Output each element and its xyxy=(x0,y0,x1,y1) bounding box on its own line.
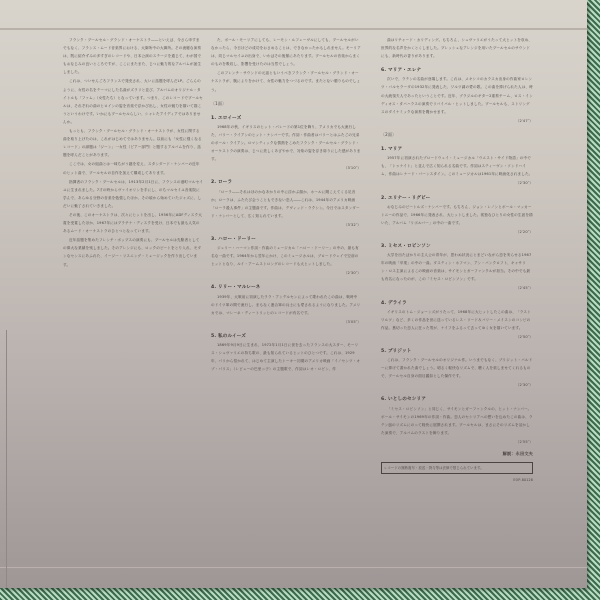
track-duration: （2′45″） xyxy=(381,284,533,292)
track-duration: （2′20″） xyxy=(381,228,533,236)
track-entry: 1. マリア 1957年に初演されたブロードウェイ・ミュージカル「ウエスト・サイ… xyxy=(381,146,533,187)
track-title: 3. ミセス・ロビンソン xyxy=(381,243,533,251)
paragraph: 近年話題を集めたフレンチ・ポップスの演奏にも、プールセルは先駆者としての偉大な業… xyxy=(63,236,203,268)
copyright-notice-box: レコードの無断複写・放送・貸与等は法律で禁じられています。 xyxy=(381,462,533,474)
track-description: ジェリー・ハーマン作詞・作曲のミュージカル「ハロー・ドーリー」の中の、最も有名な… xyxy=(211,244,361,268)
paragraph: フランク・プールセル・グランド・オーケストラ――といえば、今さら申すまでもなく、… xyxy=(63,36,203,76)
column-1: フランク・プールセル・グランド・オーケストラ――といえば、今さら申すまでもなく、… xyxy=(63,36,203,270)
track-duration: （3′32″） xyxy=(211,221,361,229)
track-entry: 3. ミセス・ロビンソン 大学を出たばかりの主人公の青年が、思わぬ状況にとまどい… xyxy=(381,243,533,293)
side-label: 〔2面〕 xyxy=(381,131,533,139)
track-description: 1869年9月9日に生まれ、1972年1月1日に世を去ったフランスの大スター、モ… xyxy=(211,341,361,373)
paragraph: もっとも、フランク・プールセル・グランド・オーケストラが、女性に関する曲を取り上… xyxy=(63,127,203,159)
track-duration: （2′30″） xyxy=(381,381,533,389)
fold-line-bottom xyxy=(0,567,587,568)
track-title: 4. デライラ xyxy=(381,300,533,308)
track-entry: 6. マリア・エレナ 次いで、ラテンの名曲が登場します。これは、メキシコのカラス… xyxy=(381,67,533,125)
track-title: 6. マリア・エレナ xyxy=(381,67,533,75)
track-entry: 2. エリナー・リグビー おなじみのビートルズ・ナンバーです。もちろん、ジョン・… xyxy=(381,195,533,236)
track-title: 2. ローラ xyxy=(211,179,361,187)
track-title: 6. いとしのセシリア xyxy=(381,396,533,404)
paragraph: た、ポール・モーリアにしても、レーモン・ルフェーヴルにしても、プールセルがいなか… xyxy=(211,36,361,68)
track-title: 2. エリナー・リグビー xyxy=(381,195,533,203)
catalog-number: EOP-80128 xyxy=(381,476,533,484)
track-description: 「ミセス・ロビンソン」と同じく、サイモンとガーファンクルの、ヒット・ナンバー。ポ… xyxy=(381,405,533,437)
track-entry: 5. ブリジット これは、フランク・プールセルのオリジナル作。いうまでもなく、ブ… xyxy=(381,348,533,389)
track-description: 1968年の秋、イギリスのヒット・パレードの第1位を飾り、アメリカでも大流行した… xyxy=(211,123,361,163)
column-2: た、ポール・モーリアにしても、レーモン・ルフェーヴルにしても、プールセルがいなか… xyxy=(211,36,361,374)
liner-notes-sheet: フランク・プールセル・グランド・オーケストラ――といえば、今さら申すまでもなく、… xyxy=(0,0,587,588)
track-title: 1. エロイーズ xyxy=(211,115,361,123)
track-description: 1957年に初演されたブロードウェイ・ミュージカル「ウエスト・サイド物語」の中で… xyxy=(381,154,533,178)
fold-line-top xyxy=(0,28,587,30)
track-duration: （2′47″） xyxy=(381,117,533,125)
sheet-edge-line xyxy=(6,330,7,588)
track-duration: （3′10″） xyxy=(211,164,361,172)
track-entry: 4. リリー・マルレーネ 1939年、大戦前に初演したララ・アンデルセンによって… xyxy=(211,284,361,325)
side-label: 〔1面〕 xyxy=(211,100,361,108)
paragraph: このフレンチ・サウンドの元祖ともいうべきフランク・プールセル・グランド・オーケス… xyxy=(211,69,361,93)
track-title: 1. マリア xyxy=(381,146,533,154)
track-entry: 4. デライラ イギリスのトム・ジョーンズがうたって、1968年に大ヒットしたこ… xyxy=(381,300,533,341)
paragraph: これは、ついせんごろフランスで発売され、大いに話題を呼んだLP。ごらんのように、… xyxy=(63,77,203,126)
paragraph: その後、このオーケストラは、次々にヒットを出し、1956年にADFディスク大賞を… xyxy=(63,211,203,235)
paragraph: 曲はリチャード・カリディング。もちろん、シュヴァリエがうたって大ヒットを収め、世… xyxy=(381,36,533,60)
author-credit: 解説：永田文夫 xyxy=(381,450,533,458)
track-entry: 1. エロイーズ 1968年の秋、イギリスのヒット・パレードの第1位を飾り、アメ… xyxy=(211,115,361,173)
track-description: 1939年、大戦前に初演したララ・アンデルセンによって歌われたこの曲は、戦時中の… xyxy=(211,293,361,317)
track-duration: （2′30″） xyxy=(381,179,533,187)
track-description: 「ローラ――それはほのかなあかりの中に浮かぶ顔か、ホールに聞こえてくる足音か」ロ… xyxy=(211,188,361,220)
track-description: おなじみのビートルズ・ナンバーです。もちろん、ジョン・レノンとポール・マッカート… xyxy=(381,203,533,227)
column-3: 曲はリチャード・カリディング。もちろん、シュヴァリエがうたって大ヒットを収め、世… xyxy=(381,36,533,484)
track-entry: 5. 私のルイーズ 1869年9月9日に生まれ、1972年1月1日に世を去ったフ… xyxy=(211,333,361,373)
track-duration: （2′30″） xyxy=(211,269,361,277)
paragraph: 指揮者のフランク・プールセルは、1913年2月1日に、フランスの港町マルセイユに… xyxy=(63,178,203,210)
track-entry: 2. ローラ 「ローラ――それはほのかなあかりの中に浮かぶ顔か、ホールに聞こえて… xyxy=(211,179,361,229)
track-duration: （2′50″） xyxy=(381,333,533,341)
track-entry: 3. ハロー・ドーリー ジェリー・ハーマン作詞・作曲のミュージカル「ハロー・ドー… xyxy=(211,236,361,277)
track-description: 大学を出たばかりの主人公の青年が、思わぬ状況にとまどいながら恋を実らせる1967… xyxy=(381,251,533,283)
paragraph: ここでは、女の組曲とは一味ちがう趣を変え、スタンダード・ナンバーの近年のヒット曲… xyxy=(63,160,203,176)
track-title: 4. リリー・マルレーネ xyxy=(211,284,361,292)
track-title: 5. 私のルイーズ xyxy=(211,333,361,341)
track-description: イギリスのトム・ジョーンズがうたって、1968年に大ヒットしたこの曲は、「ラスト… xyxy=(381,308,533,332)
track-duration: （3′05″） xyxy=(211,318,361,326)
track-duration: （2′55″） xyxy=(381,438,533,446)
track-entry: 6. いとしのセシリア 「ミセス・ロビンソン」と同じく、サイモンとガーファンクル… xyxy=(381,396,533,446)
track-description: これは、フランク・プールセルのオリジナル作。いうまでもなく、ブリジット・バルドー… xyxy=(381,356,533,380)
track-title: 3. ハロー・ドーリー xyxy=(211,236,361,244)
track-title: 5. ブリジット xyxy=(381,348,533,356)
track-description: 次いで、ラテンの名曲が登場します。これは、メキシコのカラスカ出身の作曲家ロレンツ… xyxy=(381,75,533,115)
